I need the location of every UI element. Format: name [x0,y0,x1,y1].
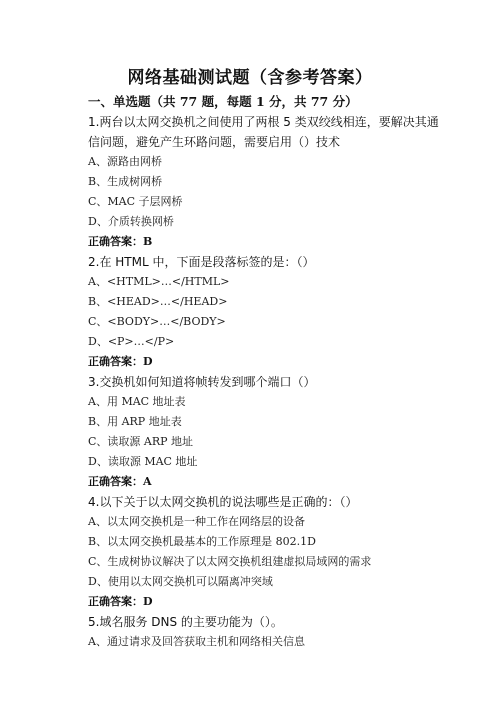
question-3-answer: 正确答案：A [88,474,152,490]
question-1-answer: 正确答案：B [88,234,152,250]
question-1-stem-line-2: 信问题，避免产生环路问题，需要启用（）技术 [88,134,340,150]
question-1-option-b: B、生成树网桥 [88,174,162,190]
question-3-stem: 3.交换机如何知道将帧转发到哪个端口（） [88,374,315,390]
question-4-option-b: B、以太网交换机最基本的工作原理是 802.1D [88,534,316,550]
document-page: 网络基础测试题（含参考答案） 一、单选题（共 77 题，每题 1 分，共 77 … [0,0,500,707]
section-heading: 一、单选题（共 77 题，每题 1 分，共 77 分） [88,94,358,110]
document-title: 网络基础测试题（含参考答案） [0,63,500,88]
question-3-option-d: D、读取源 MAC 地址 [88,454,197,470]
question-2-option-d: D、<P>…</P> [88,334,174,350]
question-1-stem-line-1: 1.两台以太网交换机之间使用了两根 5 类双绞线相连，要解决其通 [88,114,439,130]
question-4-stem: 4.以下关于以太网交换机的说法哪些是正确的：（） [88,494,357,510]
question-4-option-a: A、以太网交换机是一种工作在网络层的设备 [88,514,305,530]
question-4-option-d: D、使用以太网交换机可以隔离冲突域 [88,574,273,590]
question-3-option-a: A、用 MAC 地址表 [88,394,186,410]
question-2-stem: 2.在 HTML 中，下面是段落标签的是：（） [88,254,314,270]
question-3-option-c: C、读取源 ARP 地址 [88,434,193,450]
question-2-option-b: B、<HEAD>…</HEAD> [88,294,227,310]
question-2-option-a: A、<HTML>…</HTML> [88,274,230,290]
question-1-option-a: A、源路由网桥 [88,154,162,170]
question-1-option-d: D、介质转换网桥 [88,214,174,230]
question-2-option-c: C、<BODY>…</BODY> [88,314,226,330]
question-5-stem: 5.域名服务 DNS 的主要功能为（）。 [88,614,283,630]
question-2-answer: 正确答案：D [88,354,153,370]
question-4-option-c: C、生成树协议解决了以太网交换机组建虚拟局域网的需求 [88,554,371,570]
question-4-answer: 正确答案：D [88,594,153,610]
question-1-option-c: C、MAC 子层网桥 [88,194,183,210]
question-3-option-b: B、用 ARP 地址表 [88,414,182,430]
question-5-option-a: A、通过请求及回答获取主机和网络相关信息 [88,634,305,650]
